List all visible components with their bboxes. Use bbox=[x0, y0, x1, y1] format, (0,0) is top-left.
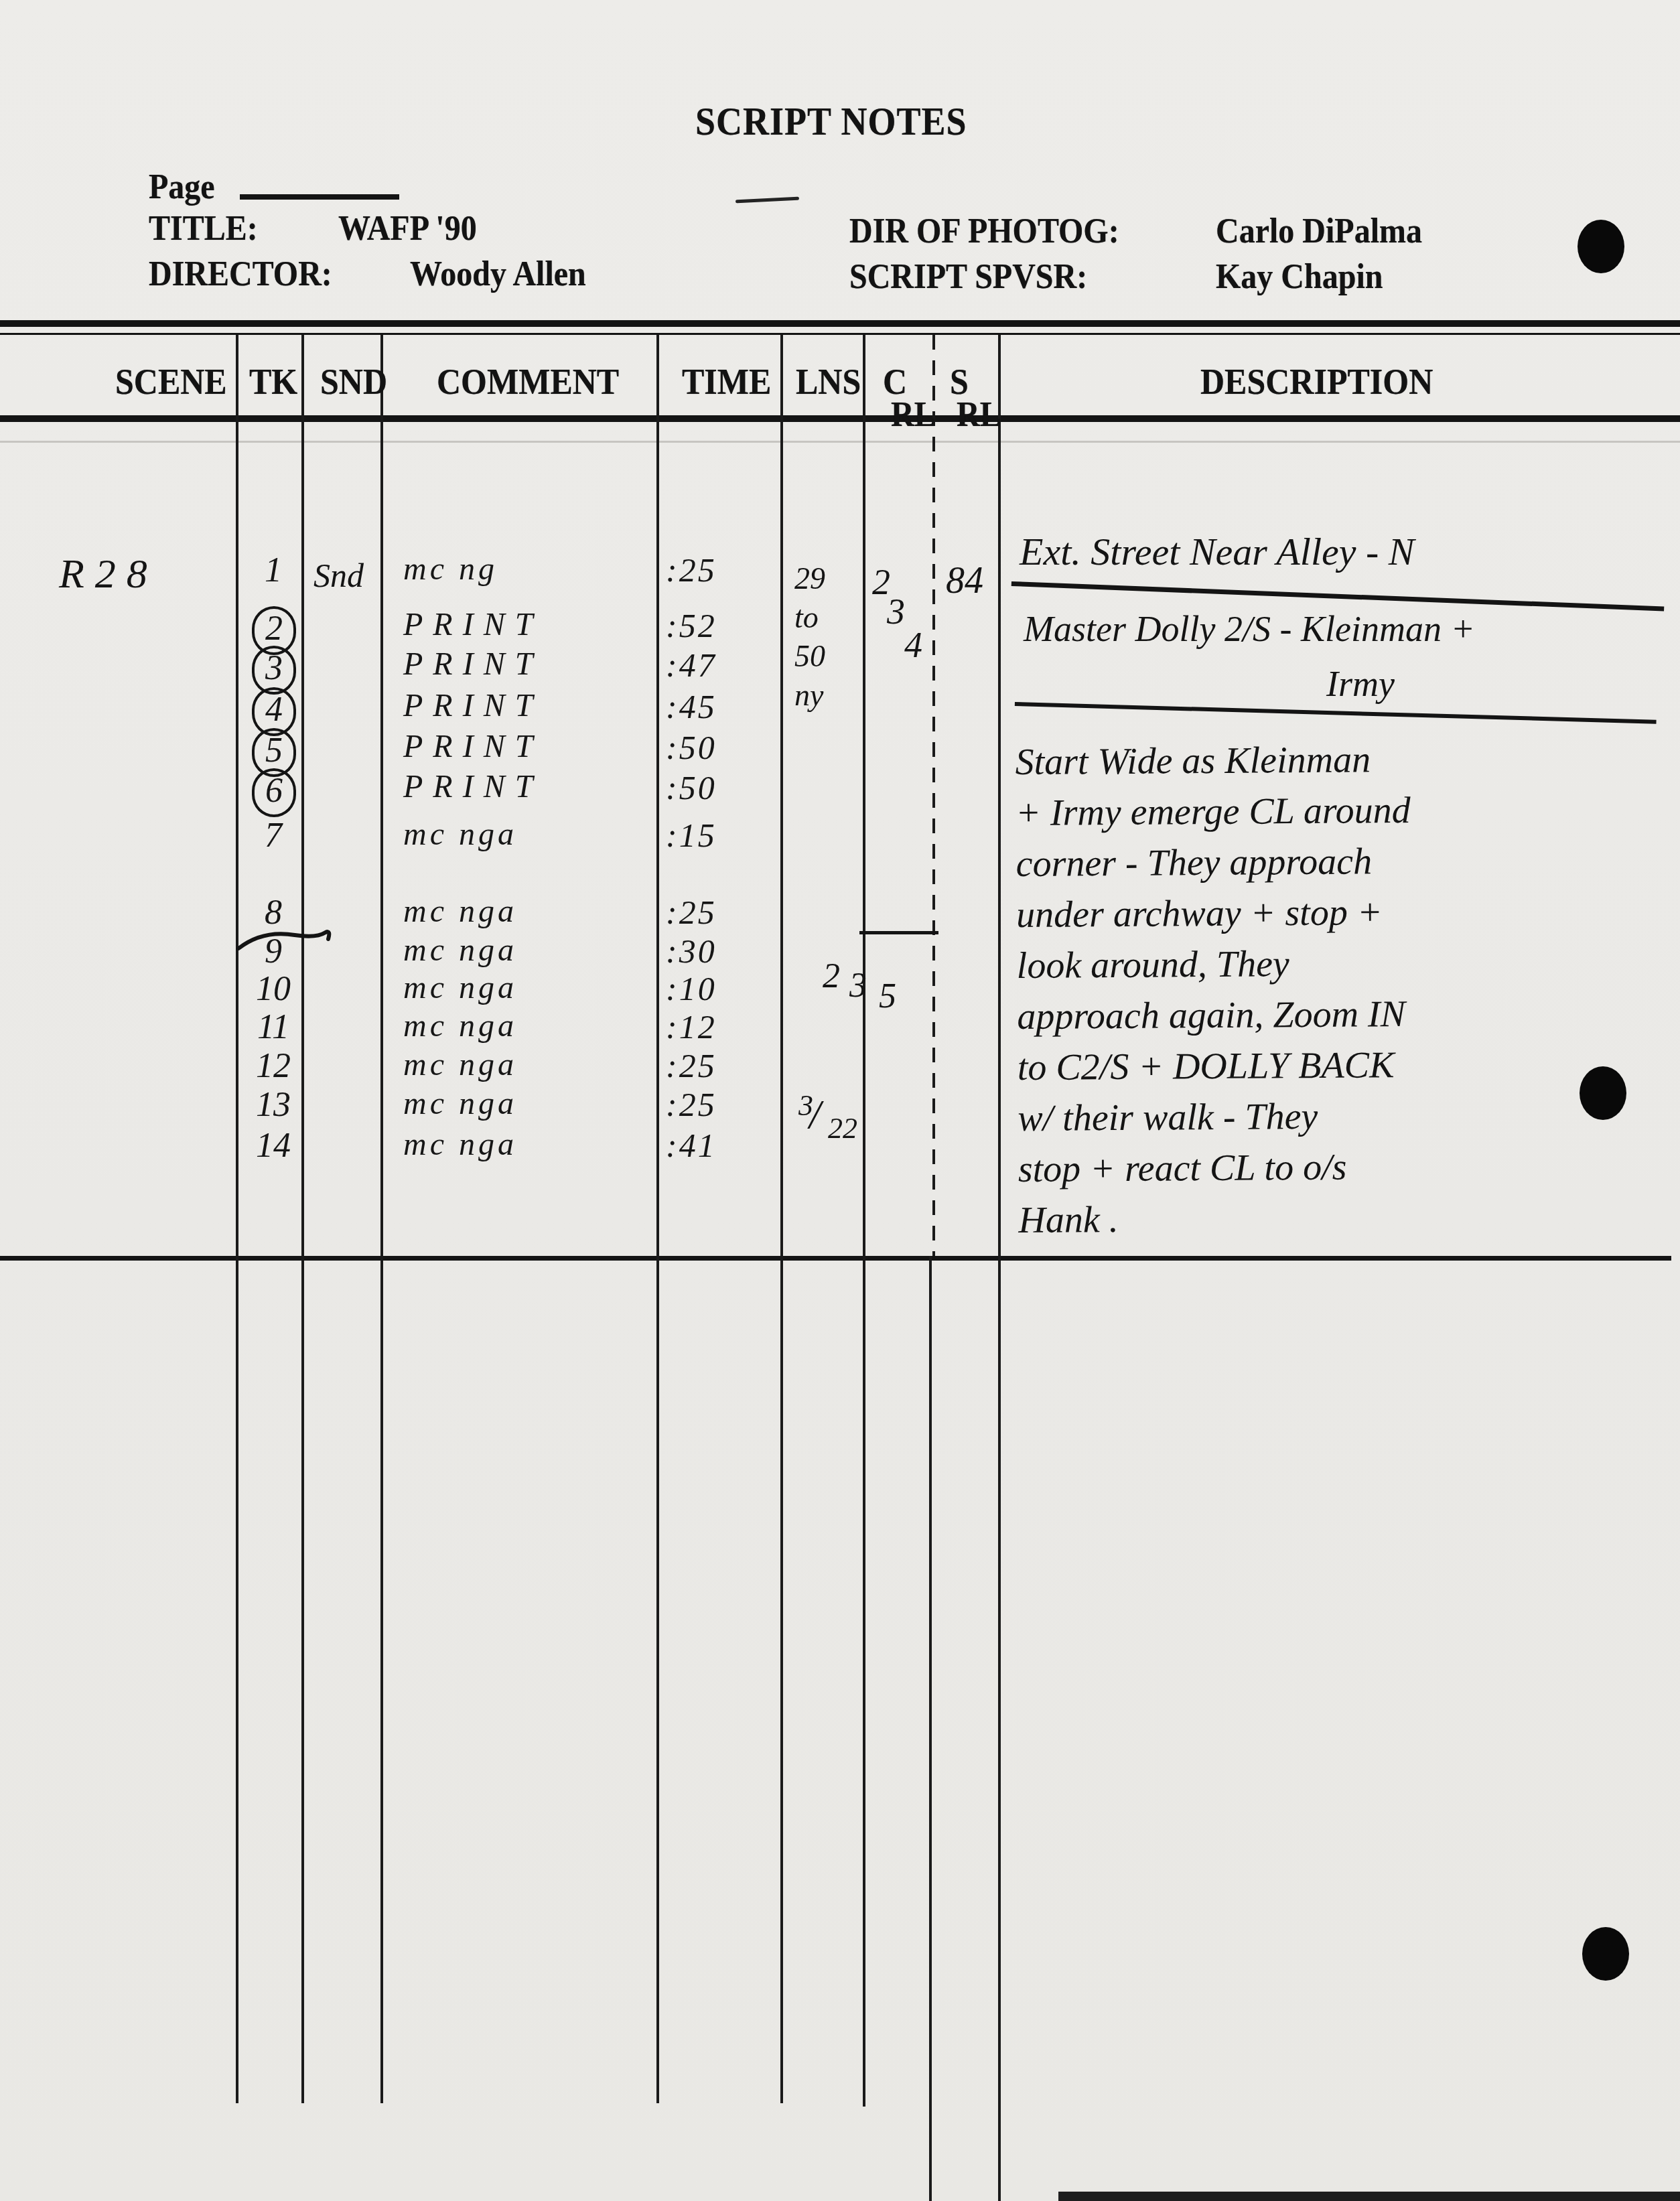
take-comment: mc nga bbox=[403, 1007, 517, 1044]
punch-hole-bottom bbox=[1582, 1927, 1629, 1981]
faint-rule bbox=[0, 441, 1680, 443]
page-number-blank-line bbox=[240, 194, 399, 200]
take-number: 10 bbox=[241, 969, 305, 1009]
take-time: :15 bbox=[666, 816, 717, 855]
slug-underline bbox=[1011, 581, 1665, 611]
take-time: :45 bbox=[666, 687, 717, 726]
photog-value: Carlo DiPalma bbox=[1216, 212, 1422, 251]
take-comment: mc ng bbox=[403, 551, 498, 587]
take-time: :25 bbox=[666, 893, 717, 932]
header-bottom-rule bbox=[0, 415, 1680, 422]
roll-change-rule bbox=[859, 931, 938, 934]
take-time: :12 bbox=[666, 1007, 717, 1046]
take-time: :50 bbox=[666, 768, 717, 807]
take-number: 13 bbox=[241, 1085, 305, 1125]
take-comment: PRINT bbox=[403, 646, 543, 683]
pen-mark bbox=[736, 197, 799, 204]
take-row: 6PRINT:50 bbox=[0, 768, 1005, 822]
take-comment: mc nga bbox=[403, 893, 517, 930]
punch-hole-top bbox=[1578, 220, 1624, 273]
column-header-time: TIME bbox=[682, 360, 771, 403]
divider-crl-srl-lower bbox=[929, 1256, 932, 2201]
take-comment: mc nga bbox=[403, 1085, 517, 1122]
camera-roll-digit: 3 bbox=[849, 966, 867, 1005]
scene-slug: Ext. Street Near Alley - N bbox=[1020, 529, 1415, 574]
take-comment: PRINT bbox=[403, 768, 543, 805]
take-time: :25 bbox=[666, 1046, 717, 1085]
take-number: 1 bbox=[241, 551, 305, 590]
director-value: Woody Allen bbox=[410, 255, 586, 294]
script-notes-page: SCRIPT NOTES Page TITLE: WAFP '90 DIRECT… bbox=[0, 0, 1680, 2201]
photog-label: DIR OF PHOTOG: bbox=[849, 212, 1119, 251]
take-comment: mc nga bbox=[403, 1126, 517, 1163]
supervisor-value: Kay Chapin bbox=[1216, 257, 1383, 297]
sound-roll-number: 84 bbox=[946, 559, 983, 602]
lined-pages-note: 29 to 50 ny bbox=[794, 559, 825, 715]
take-comment: PRINT bbox=[403, 728, 543, 765]
header-top-rule bbox=[0, 320, 1680, 327]
punch-hole-middle bbox=[1580, 1066, 1626, 1120]
column-header-tk: TK bbox=[249, 360, 297, 403]
take-number: 14 bbox=[241, 1126, 305, 1165]
take-comment: mc nga bbox=[403, 1046, 517, 1083]
scan-edge-shadow bbox=[1058, 2192, 1680, 2201]
column-header-lns: LNS bbox=[796, 360, 861, 403]
action-description: Start Wide as Kleinman + Irmy emerge CL … bbox=[1015, 734, 1413, 1246]
column-header-description: DESCRIPTION bbox=[1200, 360, 1433, 403]
lns-fraction-slash: / bbox=[809, 1091, 821, 1139]
camera-roll-digit: 5 bbox=[879, 977, 896, 1016]
take-time: :25 bbox=[666, 551, 717, 589]
setup-line-2: Irmy bbox=[1326, 663, 1395, 705]
column-header-c-rl: RL bbox=[891, 395, 936, 435]
page-number-label: Page bbox=[149, 167, 215, 207]
setup-line-1: Master Dolly 2/S - Kleinman + bbox=[1024, 608, 1475, 650]
take-group-bracket bbox=[236, 926, 336, 956]
supervisor-label: SCRIPT SPVSR: bbox=[849, 257, 1087, 297]
take-comment: PRINT bbox=[403, 606, 543, 643]
camera-roll-digit: 2 bbox=[823, 956, 840, 996]
lns-fraction-denominator: 22 bbox=[828, 1111, 857, 1145]
take-number: 7 bbox=[241, 816, 305, 855]
take-number: 12 bbox=[241, 1046, 305, 1086]
take-row: 7mc nga:15 bbox=[0, 816, 1005, 869]
take-row: 1mc ng:25 bbox=[0, 551, 1005, 604]
column-header-scene: SCENE bbox=[115, 360, 227, 403]
take-number: 6 bbox=[252, 768, 296, 817]
take-time: :41 bbox=[666, 1126, 717, 1165]
section-divider-rule bbox=[0, 1256, 1671, 1261]
setup-underline bbox=[1015, 702, 1657, 724]
take-comment: mc nga bbox=[403, 816, 517, 853]
title-value: WAFP '90 bbox=[338, 209, 477, 248]
title-label: TITLE: bbox=[149, 209, 258, 248]
camera-roll-digit: 4 bbox=[904, 624, 922, 666]
column-header-s-rl: RL bbox=[957, 395, 1001, 435]
take-time: :47 bbox=[666, 646, 717, 685]
header-top-rule-thin bbox=[0, 333, 1680, 335]
page-title: SCRIPT NOTES bbox=[695, 99, 967, 144]
take-number: 11 bbox=[241, 1007, 305, 1047]
take-comment: mc nga bbox=[403, 969, 517, 1006]
take-comment: PRINT bbox=[403, 687, 543, 724]
director-label: DIRECTOR: bbox=[149, 255, 332, 294]
take-comment: mc nga bbox=[403, 932, 517, 969]
take-time: :30 bbox=[666, 932, 717, 971]
column-header-comment: COMMENT bbox=[437, 360, 619, 403]
take-time: :50 bbox=[666, 728, 717, 767]
take-time: :52 bbox=[666, 606, 717, 645]
take-time: :25 bbox=[666, 1085, 717, 1124]
column-header-snd: SND bbox=[320, 360, 387, 403]
camera-roll-digit: 3 bbox=[887, 591, 905, 632]
take-time: :10 bbox=[666, 969, 717, 1008]
